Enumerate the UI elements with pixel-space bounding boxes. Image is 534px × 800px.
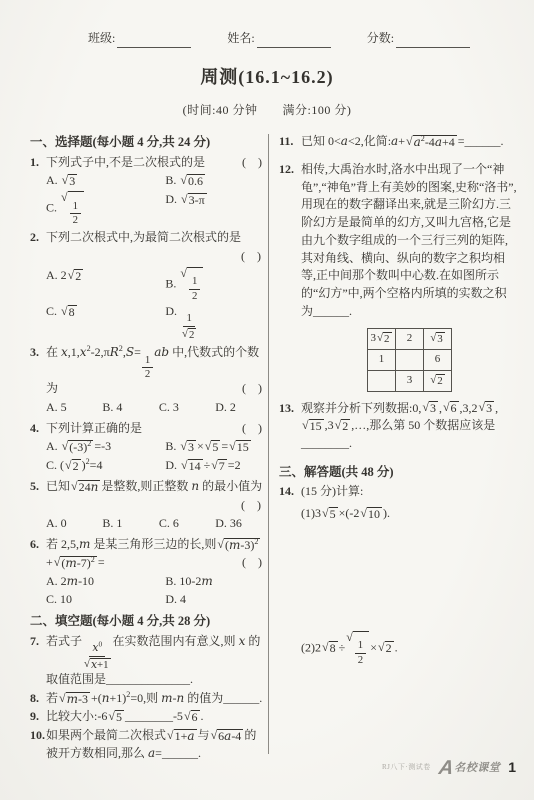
question-14-head: (15 分)计算: [301, 484, 363, 498]
question-6-answer-bracket: ( ) [242, 554, 262, 572]
option-d: D. 4 [165, 591, 263, 609]
question-9-stem: 比较大小:-6√5________-5√6. [46, 709, 204, 723]
question-14-part-1: (1)3√5×(-2√10). [301, 505, 518, 523]
question-8-number: 8. [30, 690, 39, 708]
option-c: C. 3 [159, 399, 215, 417]
name-field: 姓名: [227, 30, 330, 48]
question-7: 7. 若式子x0√x+1在实数范围内有意义,则 x 的取值范围是________… [30, 633, 263, 689]
question-11-number: 11. [279, 133, 293, 151]
question-3-options: A. 5 B. 4 C. 3 D. 2 [30, 399, 263, 417]
question-10-stem: 如果两个最简二次根式√1+a与√6a-4的被开方数相同,那么 a=______. [46, 728, 256, 760]
question-6: 6. 若 2,5,m 是某三角形三边的长,则√(m-3)2+√(m-7)2= (… [30, 536, 263, 572]
question-13: 13. 观察并分析下列数据:0,√3,√6,3,2√3,√15,3√2,…,那么… [279, 400, 518, 453]
name-blank-line [257, 35, 331, 48]
question-1-stem: 下列式子中,不是二次根式的是 [46, 155, 205, 169]
option-d: D. √3-π [165, 191, 263, 226]
header-meta: 班级: 姓名: 分数: [0, 0, 534, 48]
question-14-number: 14. [279, 483, 294, 501]
brand-logo: A 名校课堂 [439, 758, 500, 778]
column-left: 一、选择题(每小题 4 分,共 24 分) 1. 下列式子中,不是二次根式的是 … [30, 132, 263, 760]
question-8-stem: 若√m-3+(n+1)2=0,则 m-n 的值为______. [46, 691, 262, 705]
question-6-stem: 若 2,5,m 是某三角形三边的长,则√(m-3)2+√(m-7)2= [46, 537, 261, 569]
class-blank-line [117, 35, 191, 48]
option-b: B. √12 [165, 267, 263, 302]
option-a: A. 2m-10 [46, 573, 165, 591]
question-9-number: 9. [30, 708, 39, 726]
option-b: B. 10-2m [165, 573, 263, 591]
question-13-number: 13. [279, 400, 294, 418]
question-1-options: A. √3 B. √0.6 C. √12 D. √3-π [30, 172, 263, 226]
option-b: B. √3×√5=√15 [165, 438, 263, 456]
magic-square-cell: 1 [368, 349, 396, 370]
option-c: C. 6 [159, 515, 215, 533]
option-c: C. √12 [46, 191, 165, 226]
name-label: 姓名: [227, 30, 254, 48]
question-5-answer-bracket: ( ) [30, 497, 263, 515]
question-1: 1. 下列式子中,不是二次根式的是 ( ) [30, 154, 263, 172]
option-c: C. 10 [46, 591, 165, 609]
question-14: 14. (15 分)计算: (1)3√5×(-2√10). (2)2√8÷√12… [279, 483, 518, 666]
option-a: A. 2√2 [46, 267, 165, 302]
class-label: 班级: [88, 30, 115, 48]
section-choice-heading: 一、选择题(每小题 4 分,共 24 分) [30, 133, 263, 152]
magic-square-cell: 6 [424, 349, 452, 370]
question-11: 11. 已知 0<a<2,化简:a+√a2-4a+4=______. [279, 133, 518, 151]
question-6-number: 6. [30, 536, 39, 554]
test-paper-page: 班级: 姓名: 分数: 周测(16.1~16.2) (时间:40 分钟 满分:1… [0, 0, 534, 800]
option-d: D. 36 [215, 515, 263, 533]
question-14-part-2: (2)2√8÷√12×√2. [301, 631, 518, 666]
question-10-number: 10. [30, 727, 45, 745]
question-12-number: 12. [279, 161, 294, 179]
content-columns: 一、选择题(每小题 4 分,共 24 分) 1. 下列式子中,不是二次根式的是 … [0, 132, 534, 760]
magic-square-cell-blank [368, 370, 396, 391]
question-2: 2. 下列二次根式中,为最简二次根式的是 [30, 229, 263, 247]
question-12-stem: 相传,大禹治水时,洛水中出现了一个“神龟”,“神龟”背上有美妙的图案,史称“洛书… [301, 162, 517, 318]
magic-square-cell: √3 [424, 328, 452, 349]
option-a: A. 5 [46, 399, 102, 417]
magic-square-cell-blank [396, 349, 424, 370]
question-2-options: A. 2√2 B. √12 C. √8 D. 1√2 [30, 267, 263, 341]
brand-name: 名校课堂 [454, 760, 500, 776]
score-label: 分数: [367, 30, 394, 48]
magic-square-table: 3√2 2 √3 1 6 3 √2 [367, 328, 452, 392]
question-7-stem: 若式子x0√x+1在实数范围内有意义,则 x 的取值范围是___________… [46, 634, 260, 686]
option-c: C. √8 [46, 303, 165, 341]
class-field: 班级: [88, 30, 191, 48]
question-2-stem: 下列二次根式中,为最简二次根式的是 [46, 230, 241, 244]
page-subtitle: (时间:40 分钟 满分:100 分) [0, 102, 534, 120]
question-4-stem: 下列计算正确的是 [46, 421, 142, 435]
page-number: 1 [508, 757, 516, 778]
question-3: 3. 在 x,1,x2-2,πR2,S=12ab 中,代数式的个数为 ( ) [30, 344, 263, 398]
question-5-number: 5. [30, 478, 39, 496]
option-a: A. √(-3)2=-3 [46, 438, 165, 456]
question-5: 5. 已知√24n是整数,则正整数 n 的最小值为 [30, 478, 263, 496]
page-footer: RJ八下·测试卷 A 名校课堂 1 [382, 757, 516, 778]
brand-a-mark-icon: A [437, 758, 454, 778]
edition-label: RJ八下·测试卷 [382, 762, 431, 772]
question-11-stem: 已知 0<a<2,化简:a+√a2-4a+4=______. [301, 134, 504, 148]
question-5-stem: 已知√24n是整数,则正整数 n 的最小值为 [46, 479, 262, 493]
question-12: 12. 相传,大禹治水时,洛水中出现了一个“神龟”,“神龟”背上有美妙的图案,史… [279, 161, 518, 392]
option-c: C. (√2)2=4 [46, 457, 165, 475]
score-blank-line [396, 35, 470, 48]
option-a: A. √3 [46, 172, 165, 190]
option-d: D. √14÷√7=2 [165, 457, 263, 475]
question-6-options: A. 2m-10 B. 10-2m C. 10 D. 4 [30, 573, 263, 610]
question-4-answer-bracket: ( ) [242, 420, 262, 438]
question-2-number: 2. [30, 229, 39, 247]
question-3-answer-bracket: ( ) [242, 380, 262, 398]
question-2-answer-bracket: ( ) [30, 248, 263, 266]
question-9: 9. 比较大小:-6√5________-5√6. [30, 708, 263, 726]
question-3-stem: 在 x,1,x2-2,πR2,S=12ab 中,代数式的个数为 [46, 345, 259, 395]
question-4: 4. 下列计算正确的是 ( ) [30, 420, 263, 438]
section-answer-heading: 三、解答题(共 48 分) [279, 463, 518, 482]
question-5-options: A. 0 B. 1 C. 6 D. 36 [30, 515, 263, 533]
question-7-number: 7. [30, 633, 39, 651]
question-8: 8. 若√m-3+(n+1)2=0,则 m-n 的值为______. [30, 690, 263, 708]
option-d: D. 1√2 [165, 303, 263, 341]
option-b: B. 1 [102, 515, 158, 533]
score-field: 分数: [367, 30, 470, 48]
section-fill-heading: 二、填空题(每小题 4 分,共 28 分) [30, 612, 263, 631]
column-right: 11. 已知 0<a<2,化简:a+√a2-4a+4=______. 12. 相… [272, 132, 518, 760]
column-divider [268, 134, 269, 754]
option-a: A. 0 [46, 515, 102, 533]
magic-square-cell: 3√2 [368, 328, 396, 349]
magic-square-cell: √2 [424, 370, 452, 391]
question-10: 10. 如果两个最简二次根式√1+a与√6a-4的被开方数相同,那么 a=___… [30, 727, 263, 760]
question-4-number: 4. [30, 420, 39, 438]
magic-square-cell: 3 [396, 370, 424, 391]
question-13-stem: 观察并分析下列数据:0,√3,√6,3,2√3,√15,3√2,…,那么第 50… [301, 401, 498, 451]
page-title: 周测(16.1~16.2) [0, 64, 534, 91]
question-1-number: 1. [30, 154, 39, 172]
question-4-options: A. √(-3)2=-3 B. √3×√5=√15 C. (√2)2=4 D. … [30, 438, 263, 475]
question-1-answer-bracket: ( ) [242, 154, 262, 172]
option-d: D. 2 [215, 399, 263, 417]
magic-square-cell: 2 [396, 328, 424, 349]
option-b: B. √0.6 [165, 172, 263, 190]
option-b: B. 4 [102, 399, 158, 417]
question-3-number: 3. [30, 344, 39, 362]
